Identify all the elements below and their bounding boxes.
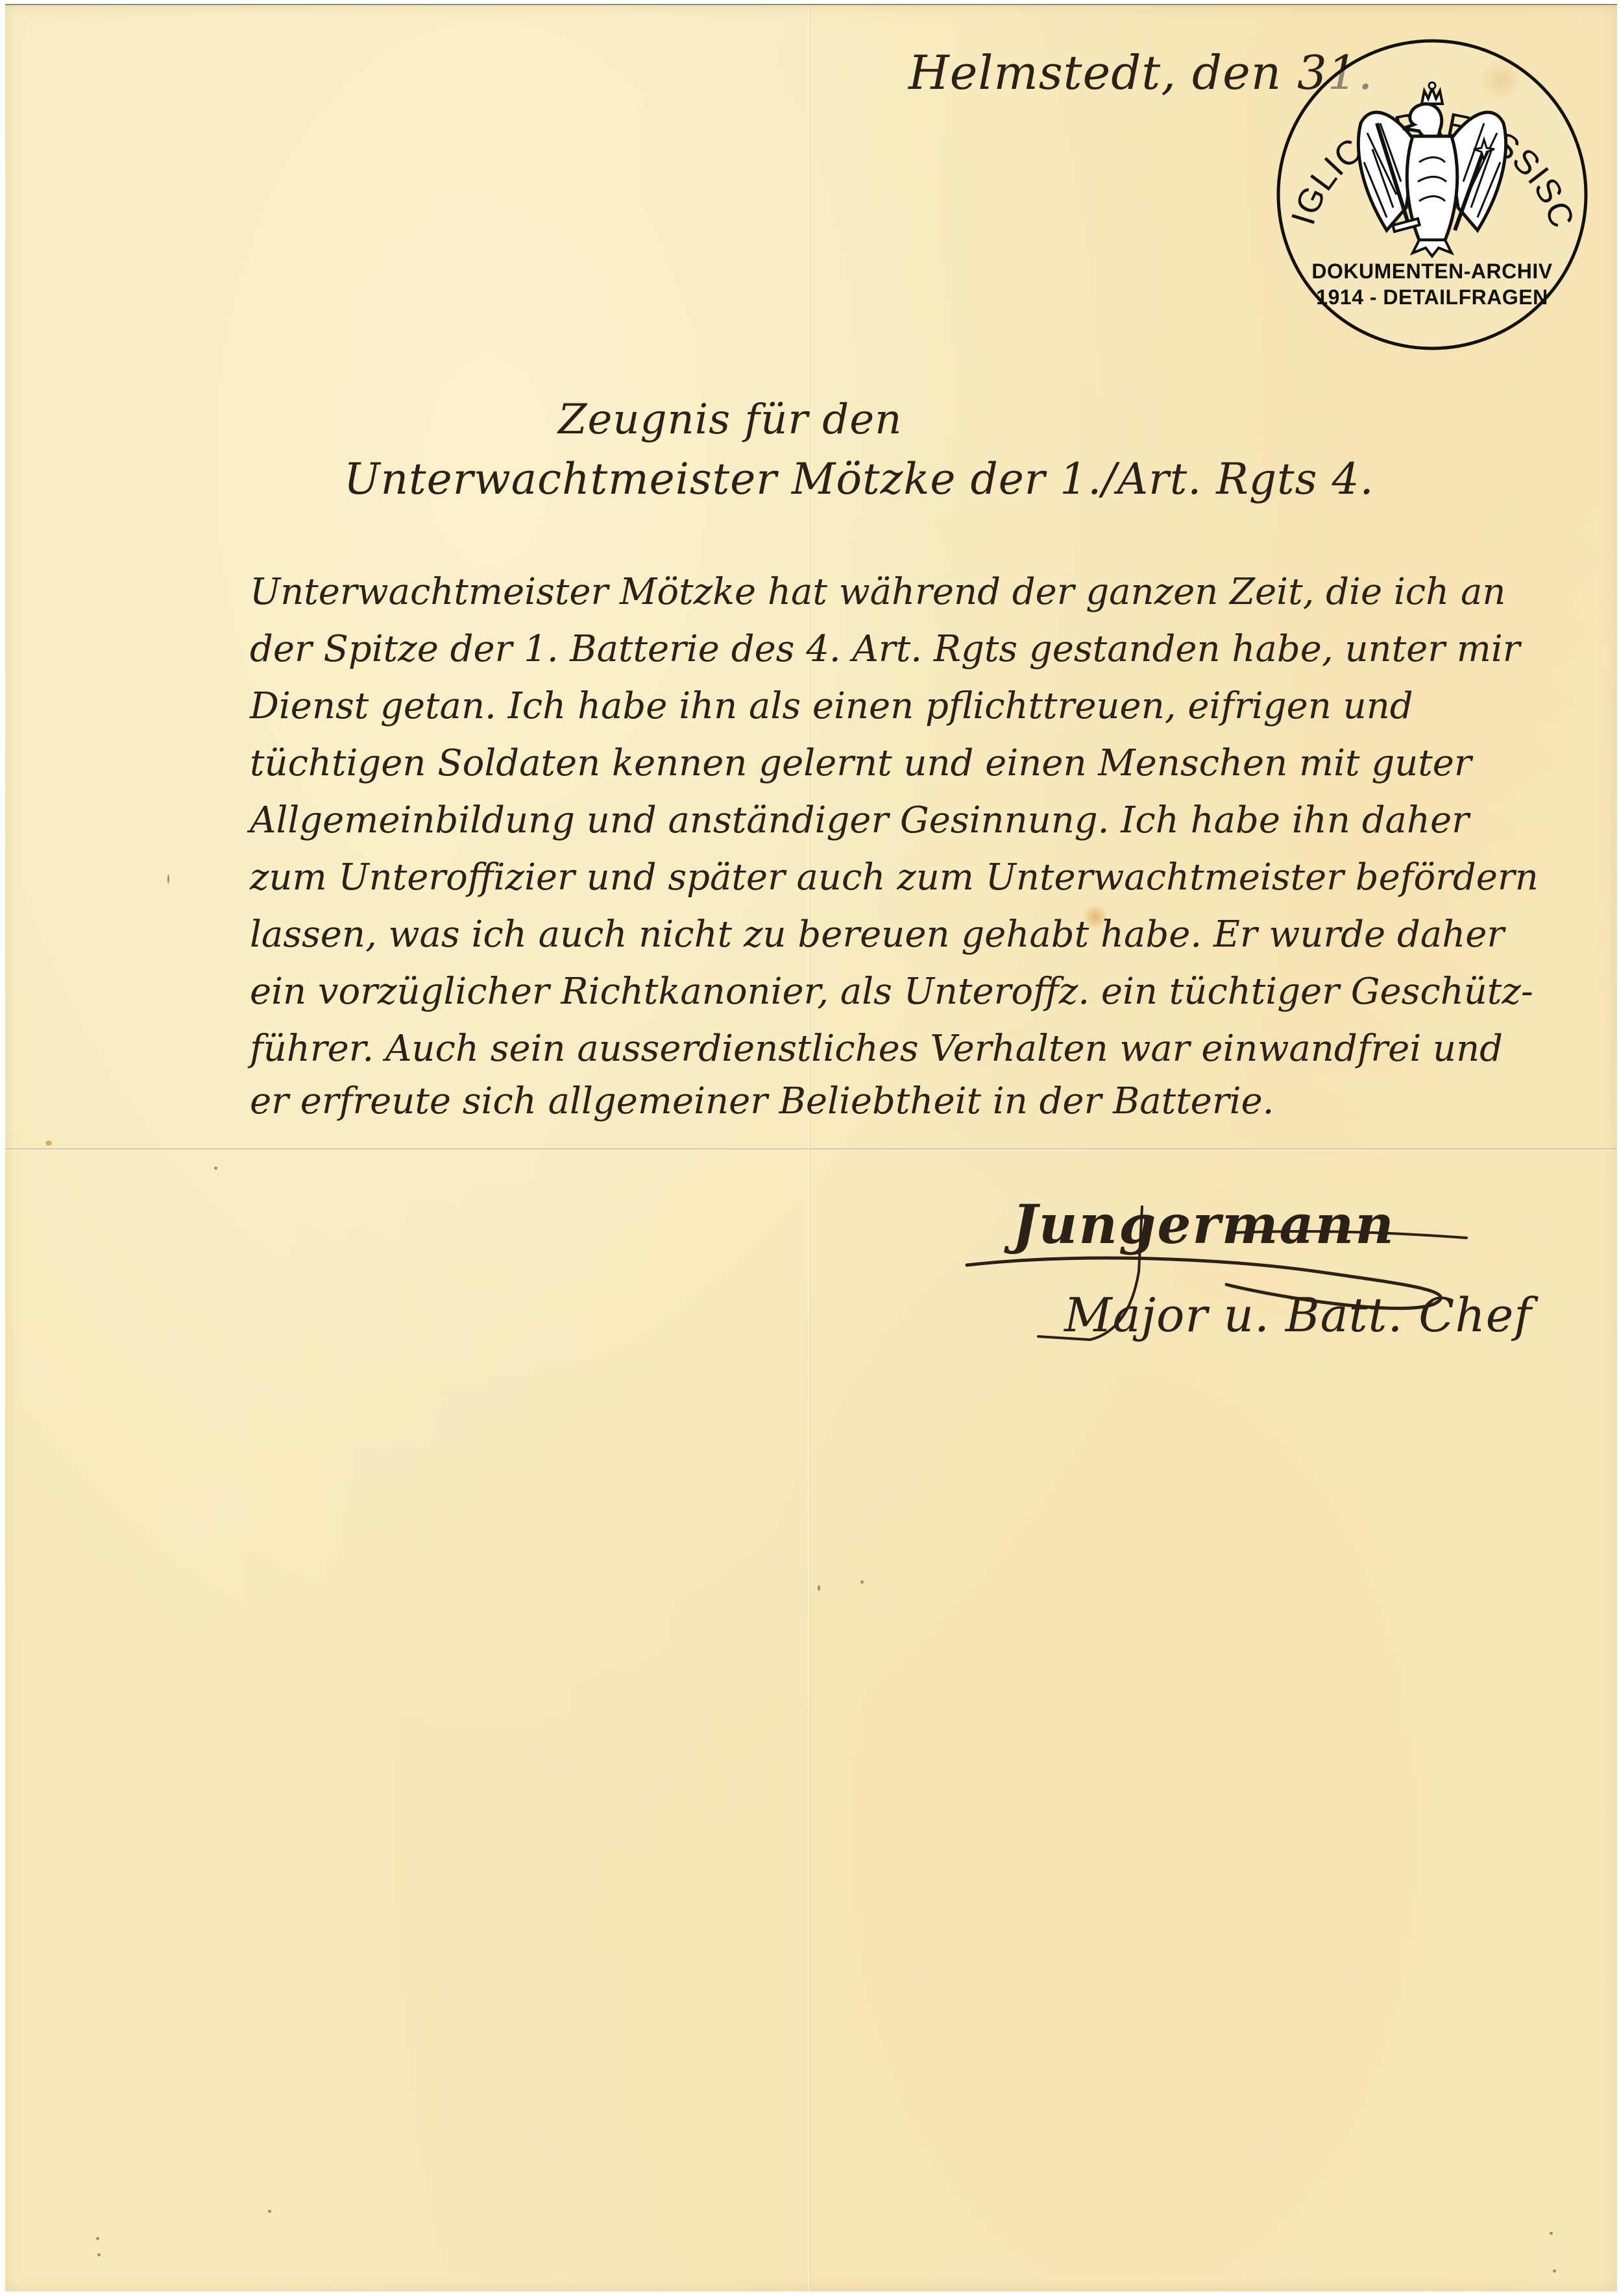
body-line: führer. Auch sein ausserdienstliches Ver… (250, 1028, 1503, 1070)
horizontal-fold-line (5, 1148, 1617, 1150)
stamp-text-line-2: 1914 - DETAILFRAGEN (1273, 285, 1591, 309)
body-line: zum Unteroffizier und später auch zum Un… (250, 856, 1539, 899)
signature-title: Major u. Batt. Chef (1064, 1288, 1532, 1342)
archive-stamp: KÖNIGLICH PREUSSISCHES (1273, 36, 1591, 354)
paper-speck (268, 2210, 271, 2213)
paper-stain (45, 1141, 52, 1146)
paper-speck (818, 1585, 820, 1591)
body-line: Unterwachtmeister Mötzke hat während der… (250, 571, 1505, 613)
document-title-line-1: Zeugnis für den (558, 396, 902, 444)
body-line: Allgemeinbildung und anständiger Gesinnu… (250, 799, 1469, 841)
body-line: ein vorzüglicher Richtkanonier, als Unte… (250, 971, 1533, 1013)
body-line: Dienst getan. Ich habe ihn als einen pfl… (250, 685, 1413, 727)
paper-speck (1550, 2232, 1553, 2235)
stamp-text-line-1: DOKUMENTEN-ARCHIV (1273, 260, 1591, 284)
body-line: tüchtigen Soldaten kennen gelernt und ei… (250, 742, 1472, 784)
paper-speck (96, 2237, 99, 2240)
document-title-line-2: Unterwachtmeister Mötzke der 1./Art. Rgt… (344, 454, 1374, 504)
vertical-fold-line (808, 5, 810, 2291)
body-line: er erfreute sich allgemeiner Beliebtheit… (250, 1080, 1274, 1122)
paper-speck (167, 875, 169, 884)
paper-speck (214, 1166, 217, 1170)
paper-speck (860, 1580, 864, 1584)
paper-speck (1553, 2269, 1556, 2273)
signature: Jungermann (1012, 1194, 1395, 1256)
body-line: lassen, was ich auch nicht zu bereuen ge… (250, 913, 1504, 956)
paper-speck (97, 2253, 101, 2256)
body-line: der Spitze der 1. Batterie des 4. Art. R… (250, 628, 1520, 670)
